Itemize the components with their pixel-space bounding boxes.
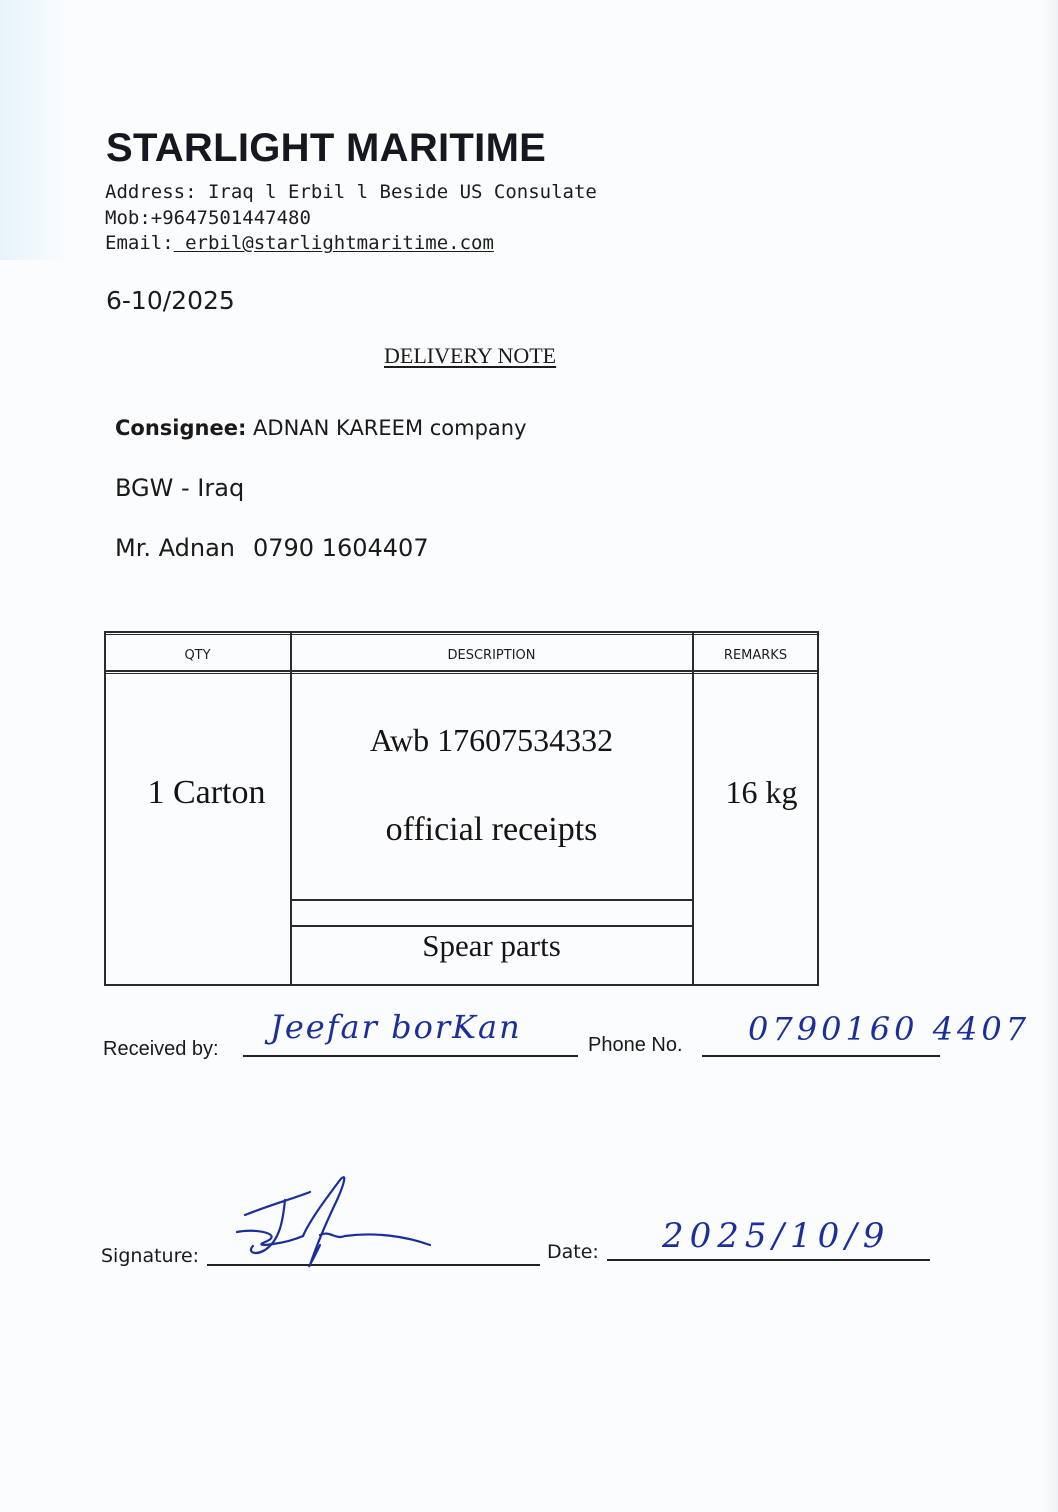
- phone-value[interactable]: 0790160 4407: [748, 1010, 1030, 1048]
- desc-divider-2: [291, 925, 692, 927]
- date-line: [607, 1259, 930, 1261]
- qty-value: 1 Carton: [104, 774, 309, 812]
- table-top-border: [104, 631, 819, 633]
- consignee-location: BGW - Iraq: [115, 474, 244, 502]
- date-value[interactable]: 2025/10/9: [662, 1216, 890, 1256]
- header-remarks: REMARKS: [692, 639, 819, 673]
- received-by-line: [243, 1055, 578, 1057]
- header-divider-inner: [104, 673, 819, 674]
- table-top-border-inner: [104, 634, 819, 635]
- document-date: 6-10/2025: [106, 286, 235, 315]
- table-bottom-border: [104, 984, 819, 986]
- company-email-line: Email: erbil@starlightmaritime.com: [105, 232, 494, 254]
- company-mobile: Mob:+9647501447480: [105, 207, 311, 229]
- header-qty: QTY: [104, 639, 291, 673]
- email-label: Email:: [105, 232, 174, 254]
- company-address: Address: Iraq l Erbil l Beside US Consul…: [105, 181, 597, 203]
- document-title: DELIVERY NOTE: [384, 343, 556, 369]
- description-extra: Spear parts: [291, 928, 692, 964]
- company-name: STARLIGHT MARITIME: [106, 126, 546, 171]
- description-awb: Awb 17607534332: [291, 722, 692, 759]
- signature-label: Signature:: [101, 1245, 199, 1267]
- consignee-line: Consignee: ADNAN KAREEM company: [115, 416, 527, 440]
- description-item: official receipts: [291, 811, 692, 849]
- received-by-value[interactable]: Jeefar borKan: [270, 1008, 522, 1046]
- paper-edge: [1042, 0, 1058, 1512]
- received-by-label: Received by:: [103, 1038, 219, 1061]
- phone-label: Phone No.: [588, 1034, 683, 1057]
- signature-mark[interactable]: [225, 1170, 445, 1280]
- header-description: DESCRIPTION: [291, 639, 692, 673]
- email-link[interactable]: erbil@starlightmaritime.com: [174, 232, 494, 254]
- remarks-value: 16 kg: [704, 774, 819, 811]
- contact-name: Mr. Adnan: [115, 534, 235, 562]
- contact-phone: 0790 1604407: [253, 534, 429, 562]
- date-label: Date:: [547, 1241, 599, 1263]
- consignee-contact: Mr. Adnan0790 1604407: [115, 534, 429, 562]
- delivery-table: QTY DESCRIPTION REMARKS 1 Carton Awb 176…: [104, 631, 819, 986]
- consignee-name: ADNAN KAREEM company: [253, 416, 526, 440]
- consignee-label: Consignee:: [115, 416, 246, 440]
- phone-line: [702, 1055, 940, 1057]
- col-divider-2: [692, 631, 694, 984]
- desc-divider-1: [291, 899, 692, 901]
- paper-shadow: [0, 0, 70, 260]
